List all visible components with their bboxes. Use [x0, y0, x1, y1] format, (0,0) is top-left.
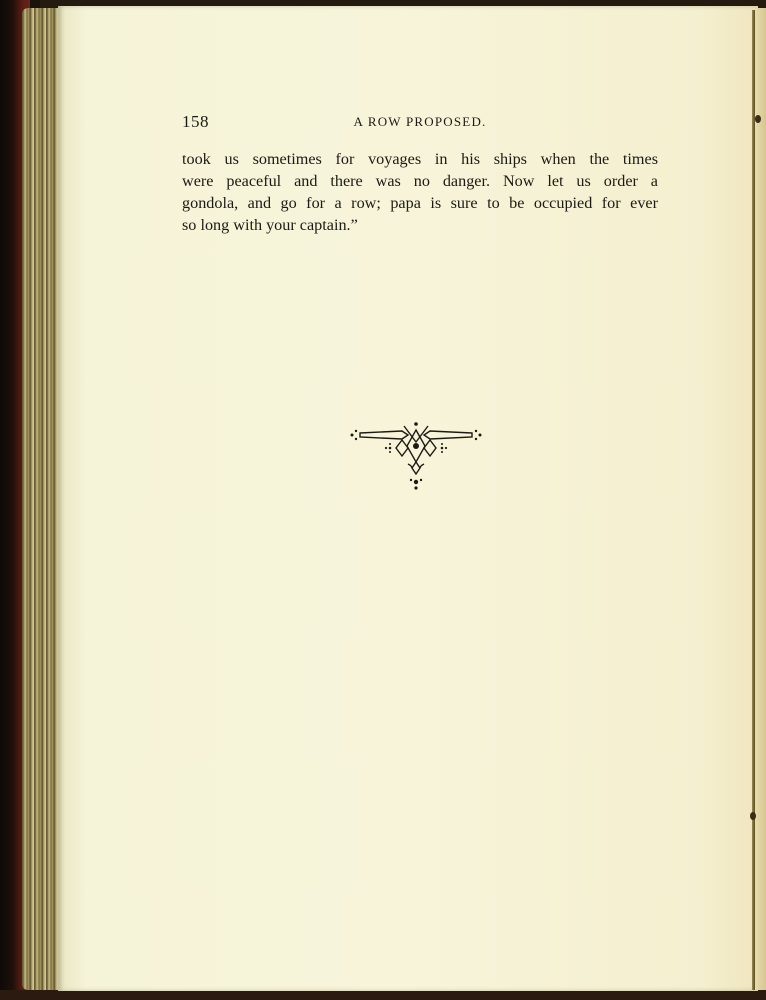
page-tab-mark [750, 812, 756, 820]
ornament-tailpiece-icon [346, 420, 486, 495]
running-head: 158 A ROW PROPOSED. [182, 112, 658, 134]
text-line: were peaceful and there was no danger. N… [182, 170, 658, 192]
chapter-running-title: A ROW PROPOSED. [182, 114, 658, 130]
next-page-edge [755, 8, 766, 990]
text-line: took us sometimes for voyages in his shi… [182, 148, 658, 170]
page-tab-mark [755, 115, 761, 123]
text-line: so long with your captain.” [182, 214, 658, 236]
page-edges-stack [22, 8, 60, 990]
scan-background-bottom [0, 990, 766, 1000]
body-paragraph: took us sometimes for voyages in his shi… [182, 148, 658, 236]
text-line: gondola, and go for a row; papa is sure … [182, 192, 658, 214]
